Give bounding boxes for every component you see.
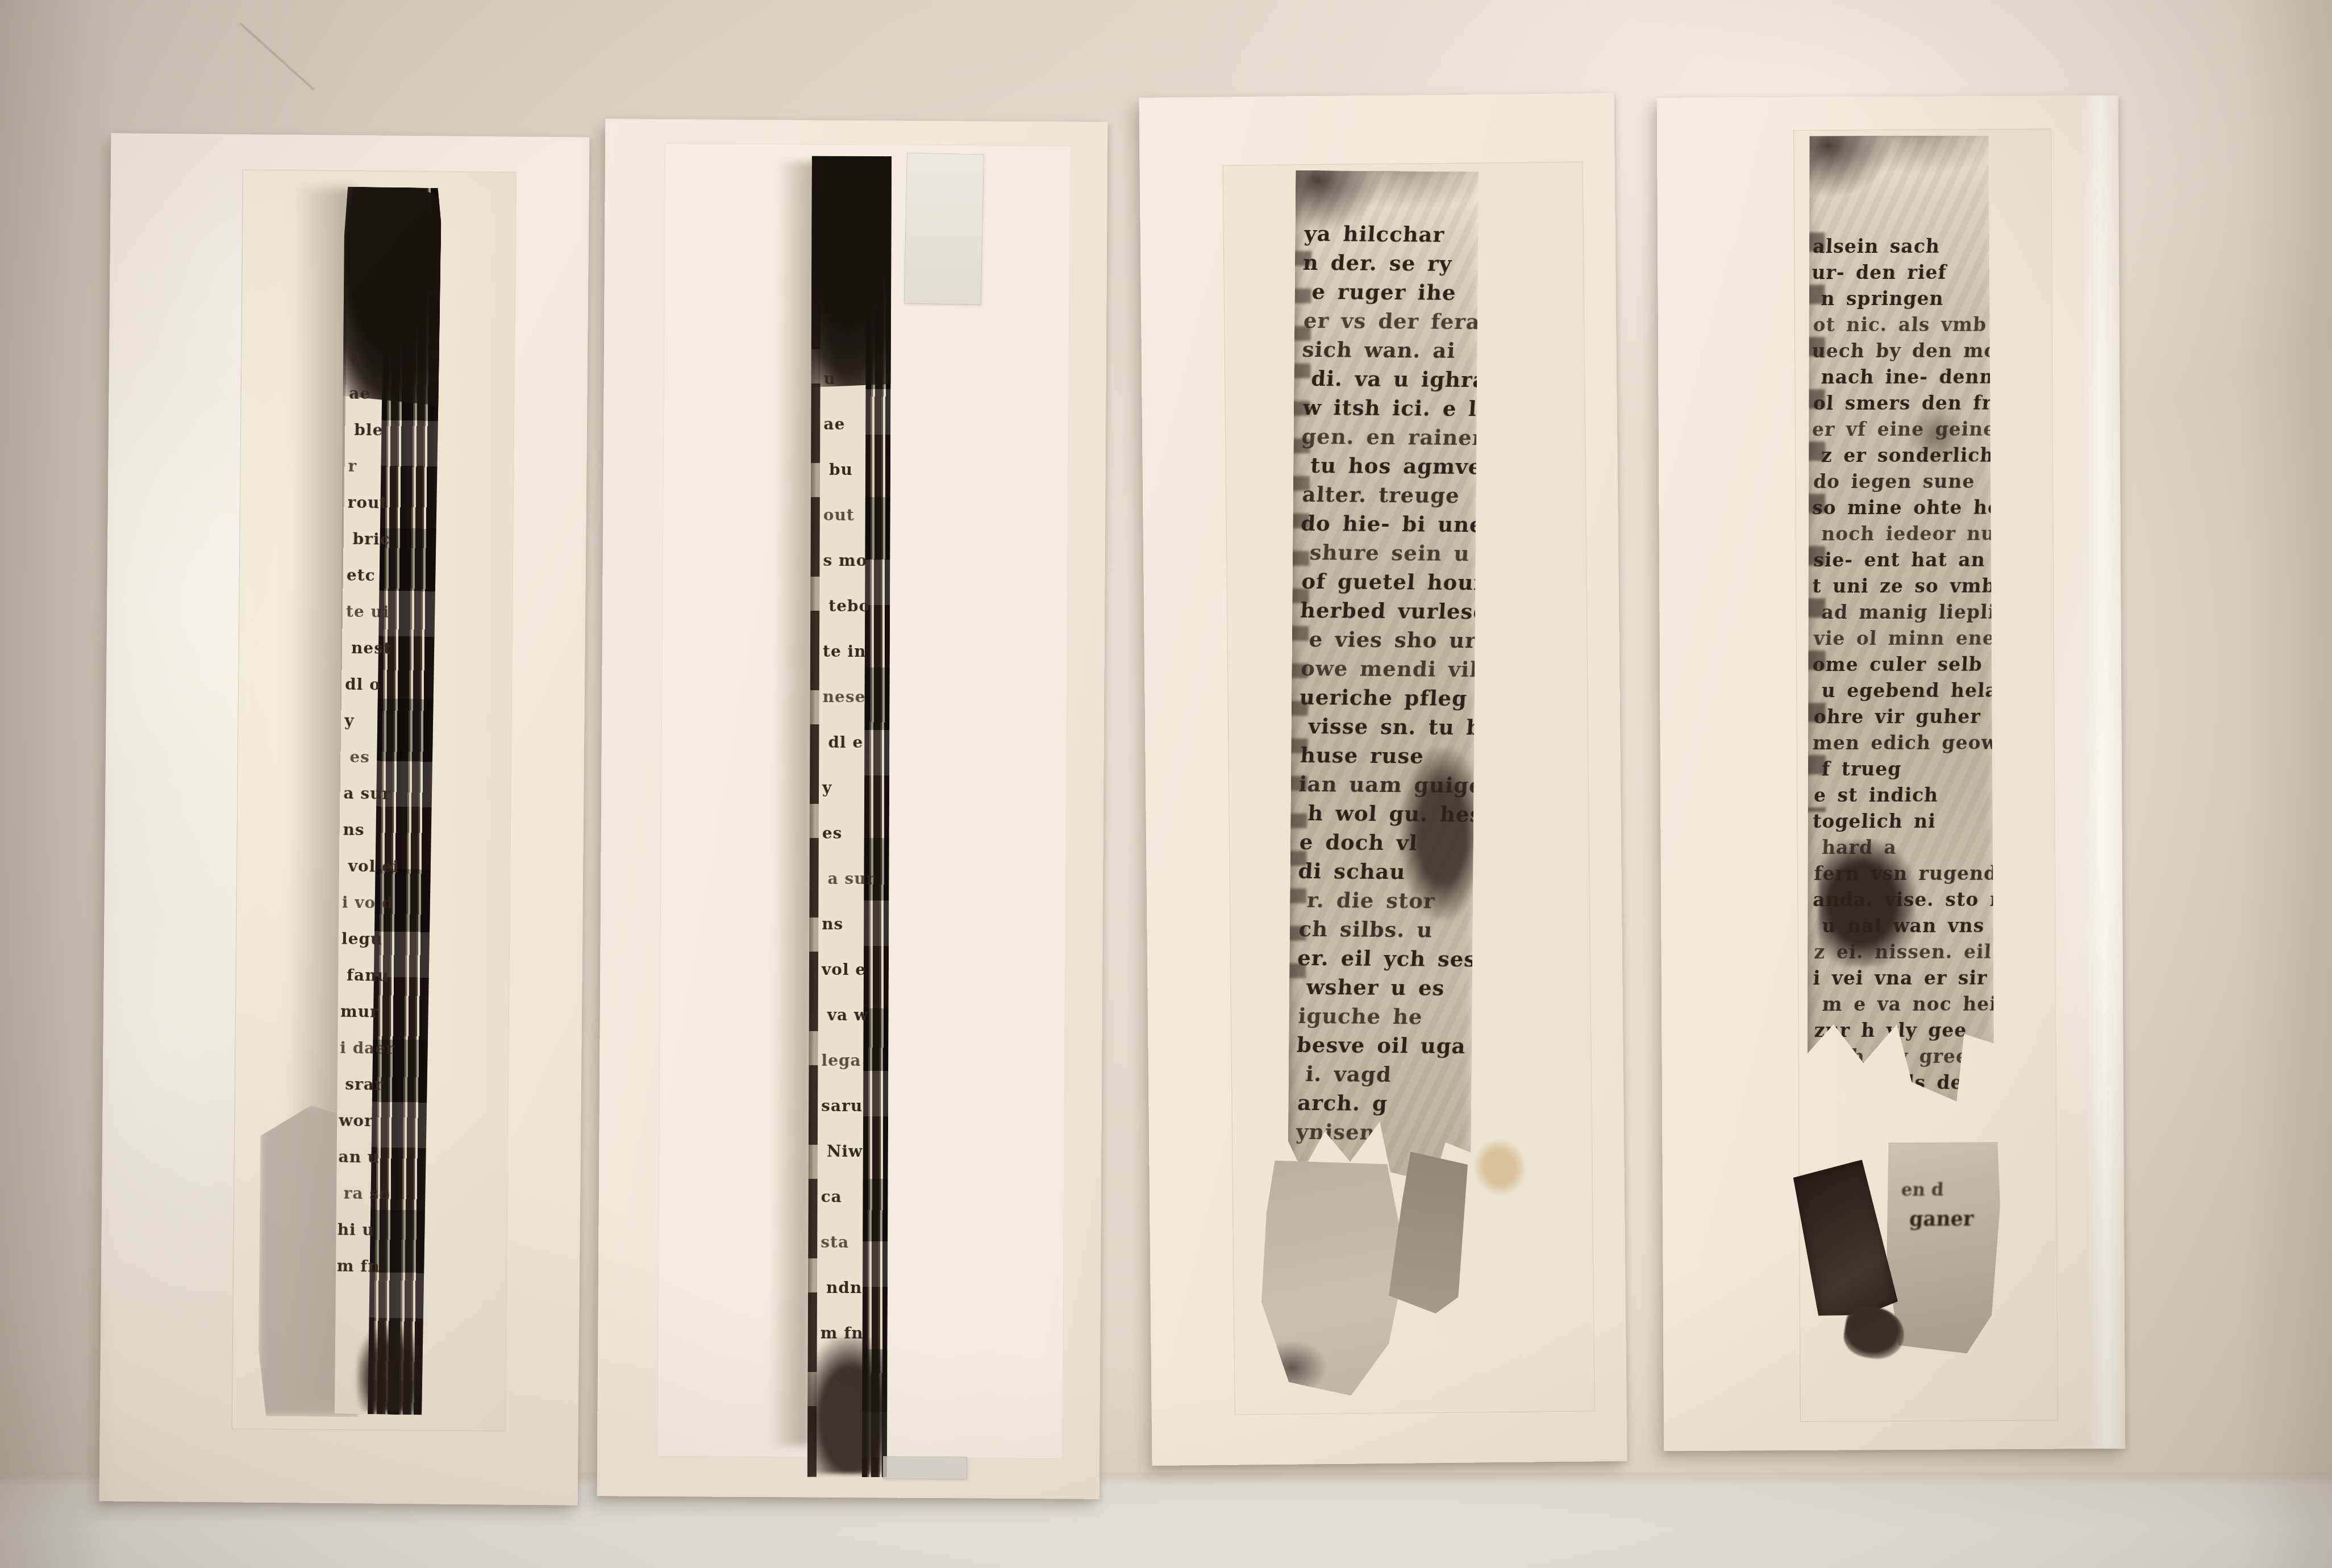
text-fragment: fanu <box>347 957 396 994</box>
text-fragment: an u <box>338 1139 393 1176</box>
manuscript-text-line: herbed vurlese <box>1300 596 1473 626</box>
manuscript-text-line: n der. se ry <box>1302 248 1475 278</box>
text-fragment: s mo <box>823 538 875 583</box>
text-fragment: i daer <box>340 1030 395 1067</box>
manuscript-text-line: anda. vise. sto n <box>1812 887 1990 914</box>
text-fragment: dl e <box>828 720 875 765</box>
manuscript-text-line: m e va noc heirt <box>1822 991 1991 1018</box>
dark-ink-mass <box>356 1325 426 1412</box>
manuscript-text-line: ueriche pfleg <box>1298 683 1472 713</box>
text-fragment: out <box>823 493 876 538</box>
photo-area-1: uaeblerroutbricetcte uinestdl oyesa surn… <box>232 169 517 1431</box>
stain-spot <box>1468 1135 1531 1200</box>
manuscript-text-line: di. va u ighra <box>1310 364 1475 394</box>
manuscript-text-line: ol smers den fro <box>1813 390 1990 417</box>
manuscript-text-line: e doch vl <box>1298 828 1471 858</box>
text-fragment: u <box>349 339 405 376</box>
manuscript-text-line: ad manig lieplich <box>1821 599 1990 626</box>
manuscript-text-line: huse ruse <box>1300 741 1472 771</box>
text-fragment: r <box>348 448 403 485</box>
text-fragment: Niw <box>827 1129 873 1174</box>
manuscript-text-line: z er sonderlich <box>1821 443 1990 469</box>
manuscript-text-line: iguche he <box>1297 1002 1469 1032</box>
manuscript-text-line: r. die stor <box>1306 886 1471 916</box>
manuscript-text-line: f trueg <box>1821 756 1990 783</box>
manuscript-text-line: ch silbs. u <box>1298 915 1470 945</box>
photo-area-4: alsein sachur- den riefn springenot nic.… <box>1793 129 2058 1422</box>
torn-tongue-right <box>1387 1151 1473 1316</box>
manuscript-text-line: h wol gu. hes <box>1307 799 1471 829</box>
text-fragment: wor <box>339 1103 394 1140</box>
manuscript-text-line: er vs der fera <box>1303 306 1475 336</box>
photo-card-2: uaebuouts motebote innesedl eyesa surnsv… <box>597 119 1108 1499</box>
photo-area-2: uaebuouts motebote innesedl eyesa surnsv… <box>657 143 1071 1459</box>
text-fragment: srar <box>345 1066 394 1103</box>
manuscript-text-line: nach ine- denn ge <box>1821 364 1990 391</box>
text-fragment: dl o <box>345 666 400 703</box>
manuscript-text-line: z ei. nissen. eil <box>1813 939 1990 966</box>
manuscript-text-line: e st indich <box>1813 782 1990 809</box>
spine-text-column: uaebuouts motebote innesedl eyesa surnsv… <box>821 356 876 1356</box>
manuscript-text-line: t uni ze so vmb <box>1812 573 1990 600</box>
text-fragment: m fn <box>821 1311 873 1356</box>
manuscript-text-line: e vies sho ure <box>1308 625 1472 655</box>
manuscript-text-line: besve oil uga <box>1296 1031 1469 1061</box>
torn-tongue: en dganer <box>1886 1142 2001 1354</box>
manuscript-text-line: en d <box>1901 1175 2001 1205</box>
text-fragment: va w <box>827 992 874 1038</box>
manuscript-text-line: tu hos agmve re <box>1310 451 1474 481</box>
text-fragment: ble <box>354 412 403 449</box>
text-fragment: sta <box>821 1220 873 1265</box>
manuscript-text-line: vie ol minn enel <box>1813 625 1990 652</box>
dark-ink-mass <box>807 1337 892 1474</box>
text-fragment: hi u <box>337 1212 392 1249</box>
manuscript-text-line: i vei vna er sir <box>1813 965 1991 992</box>
manuscript-text-line: ohre vir guher <box>1813 704 1990 731</box>
text-fragment: ae <box>349 376 404 412</box>
manuscript-text-line: uech by den mog <box>1812 338 1990 365</box>
text-fragment: m fn <box>336 1248 392 1285</box>
manuscript-text-line: w itsh ici. e la g <box>1302 393 1474 423</box>
text-fragment: etc <box>346 557 401 594</box>
manuscript-text-line: shure sein u <box>1309 538 1473 568</box>
manuscript-text-line: do iegen sune <box>1813 469 1990 495</box>
tape-patch-bottom <box>883 1456 967 1479</box>
manuscript-text-line: alter. treuge <box>1301 480 1473 510</box>
text-fragment: saru <box>821 1083 873 1129</box>
manuscript-text-line: i. vagd <box>1305 1060 1469 1090</box>
text-fragment: bu <box>829 447 876 493</box>
text-fragment: a sur <box>827 856 874 902</box>
text-fragment: vol ei <box>348 848 397 885</box>
manuscript-text-line: of guetel hour <box>1301 567 1473 597</box>
text-fragment: nest <box>351 630 401 667</box>
text-fragment: ns <box>343 812 398 849</box>
text-fragment: ca <box>821 1174 873 1220</box>
tail-text-block: en dganer <box>1886 1142 2001 1354</box>
text-fragment: vol e <box>822 947 874 992</box>
manuscript-text-line: ynisen <box>1295 1117 1468 1148</box>
manuscript-text-line: ian uam guige <box>1298 770 1471 800</box>
text-fragment: ra so <box>343 1175 393 1212</box>
text-fragment: y <box>344 703 399 740</box>
manuscript-text-line: men edich geow <box>1812 730 1990 757</box>
manuscript-text-line: togelich ni <box>1812 808 1990 835</box>
manuscript-spine-strip-1: uaeblerroutbricetcte uinestdl oyesa surn… <box>327 187 442 1415</box>
manuscript-text-line: e ruger ihe <box>1311 277 1475 307</box>
text-fragment: bric <box>352 521 402 558</box>
manuscript-text-line: u egebend hela <box>1821 678 1990 704</box>
manuscript-text-line: wsher u es <box>1305 973 1469 1003</box>
dark-ink-mass <box>807 156 892 389</box>
manuscript-text-block: alsein sachur- den riefn springenot nic.… <box>1806 136 1994 1102</box>
text-fragment: ns <box>822 902 874 947</box>
manuscript-fragment-strip-4: alsein sachur- den riefn springenot nic.… <box>1806 136 1994 1102</box>
manuscript-text-line: alsein sach <box>1812 233 1989 260</box>
manuscript-text-line: arch. g <box>1297 1089 1469 1119</box>
photo-card-1: uaeblerroutbricetcte uinestdl oyesa surn… <box>99 133 590 1505</box>
text-fragment: y <box>822 765 875 811</box>
manuscript-spine-strip-2: uaebuouts motebote innesedl eyesa surnsv… <box>807 156 892 1477</box>
manuscript-text-block: ya hilccharn der. se rye ruger iheer vs … <box>1288 170 1479 1183</box>
manuscript-text-line: visse sn. tu b <box>1307 712 1472 742</box>
manuscript-text-line: n springen <box>1820 286 1989 312</box>
torn-tongue-left <box>1257 1160 1407 1396</box>
photo-card-3: ya hilccharn der. se rye ruger iheer vs … <box>1139 93 1627 1466</box>
tape-patch-top <box>904 153 984 306</box>
manuscript-text-line: gears. ds dez er <box>1822 1070 1991 1096</box>
scratch-line <box>239 23 314 90</box>
text-fragment: a sur <box>343 775 398 812</box>
dark-fragment-piece <box>1788 1158 1899 1324</box>
manuscript-text-line: hard a <box>1821 835 1990 861</box>
photo-area-3: ya hilccharn der. se rye ruger iheer vs … <box>1223 162 1595 1415</box>
photograph-backdrop: uaeblerroutbricetcte uinestdl oyesa surn… <box>0 0 2332 1568</box>
manuscript-text-line: so mine ohte ho <box>1812 495 1990 522</box>
text-fragment: ndn <box>826 1265 873 1311</box>
text-fragment: te ui <box>345 594 401 631</box>
text-fragment: ae <box>823 402 876 447</box>
manuscript-text-line: di schau <box>1297 857 1471 887</box>
text-fragment: mur <box>340 994 395 1031</box>
manuscript-fragment-strip-3: ya hilccharn der. se rye ruger iheer vs … <box>1288 170 1479 1183</box>
manuscript-text-line: ome culer selb e <box>1812 652 1990 678</box>
manuscript-text-line: u nal wan vns <box>1821 913 1990 940</box>
manuscript-text-line: er vf eine geine <box>1812 416 1990 443</box>
manuscript-text-line: zur h vly gee <box>1814 1017 1991 1044</box>
text-fragment: es <box>822 811 875 856</box>
manuscript-text-line: er. eil ych ses <box>1297 944 1470 974</box>
manuscript-text-line: owe mendi vil <box>1300 654 1472 684</box>
manuscript-text-line: ganer <box>1909 1204 2001 1235</box>
text-fragment: es <box>349 739 399 776</box>
text-fragment: legu <box>341 921 396 958</box>
manuscript-text-line: noch iedeor nu <box>1821 521 1990 548</box>
manuscript-text-line: ot nic. als vmb e <box>1813 312 1990 339</box>
text-fragment: lega <box>821 1038 873 1083</box>
text-fragment: u <box>823 356 876 402</box>
text-fragment: rout <box>347 485 402 522</box>
manuscript-text-line: ga h. dy gree <box>1813 1044 1991 1070</box>
manuscript-text-line: sich wan. ai <box>1301 335 1475 365</box>
text-fragment: tebo <box>828 583 875 629</box>
manuscript-text-line: fern vsn rugend <box>1813 861 1990 887</box>
manuscript-text-line: sie- ent hat an g <box>1813 547 1990 574</box>
photo-card-4: alsein sachur- den riefn springenot nic.… <box>1657 95 2125 1451</box>
manuscript-text-line: ya hilcchar <box>1304 219 1476 249</box>
manuscript-text-line: gen. en rainer <box>1301 422 1474 452</box>
text-fragment: nese <box>823 674 875 720</box>
manuscript-text-line: ur- den rief <box>1811 260 1989 286</box>
text-fragment: i vo d <box>342 885 397 921</box>
text-fragment: te in <box>823 629 875 674</box>
manuscript-text-line: do hie- bi une <box>1300 509 1473 539</box>
